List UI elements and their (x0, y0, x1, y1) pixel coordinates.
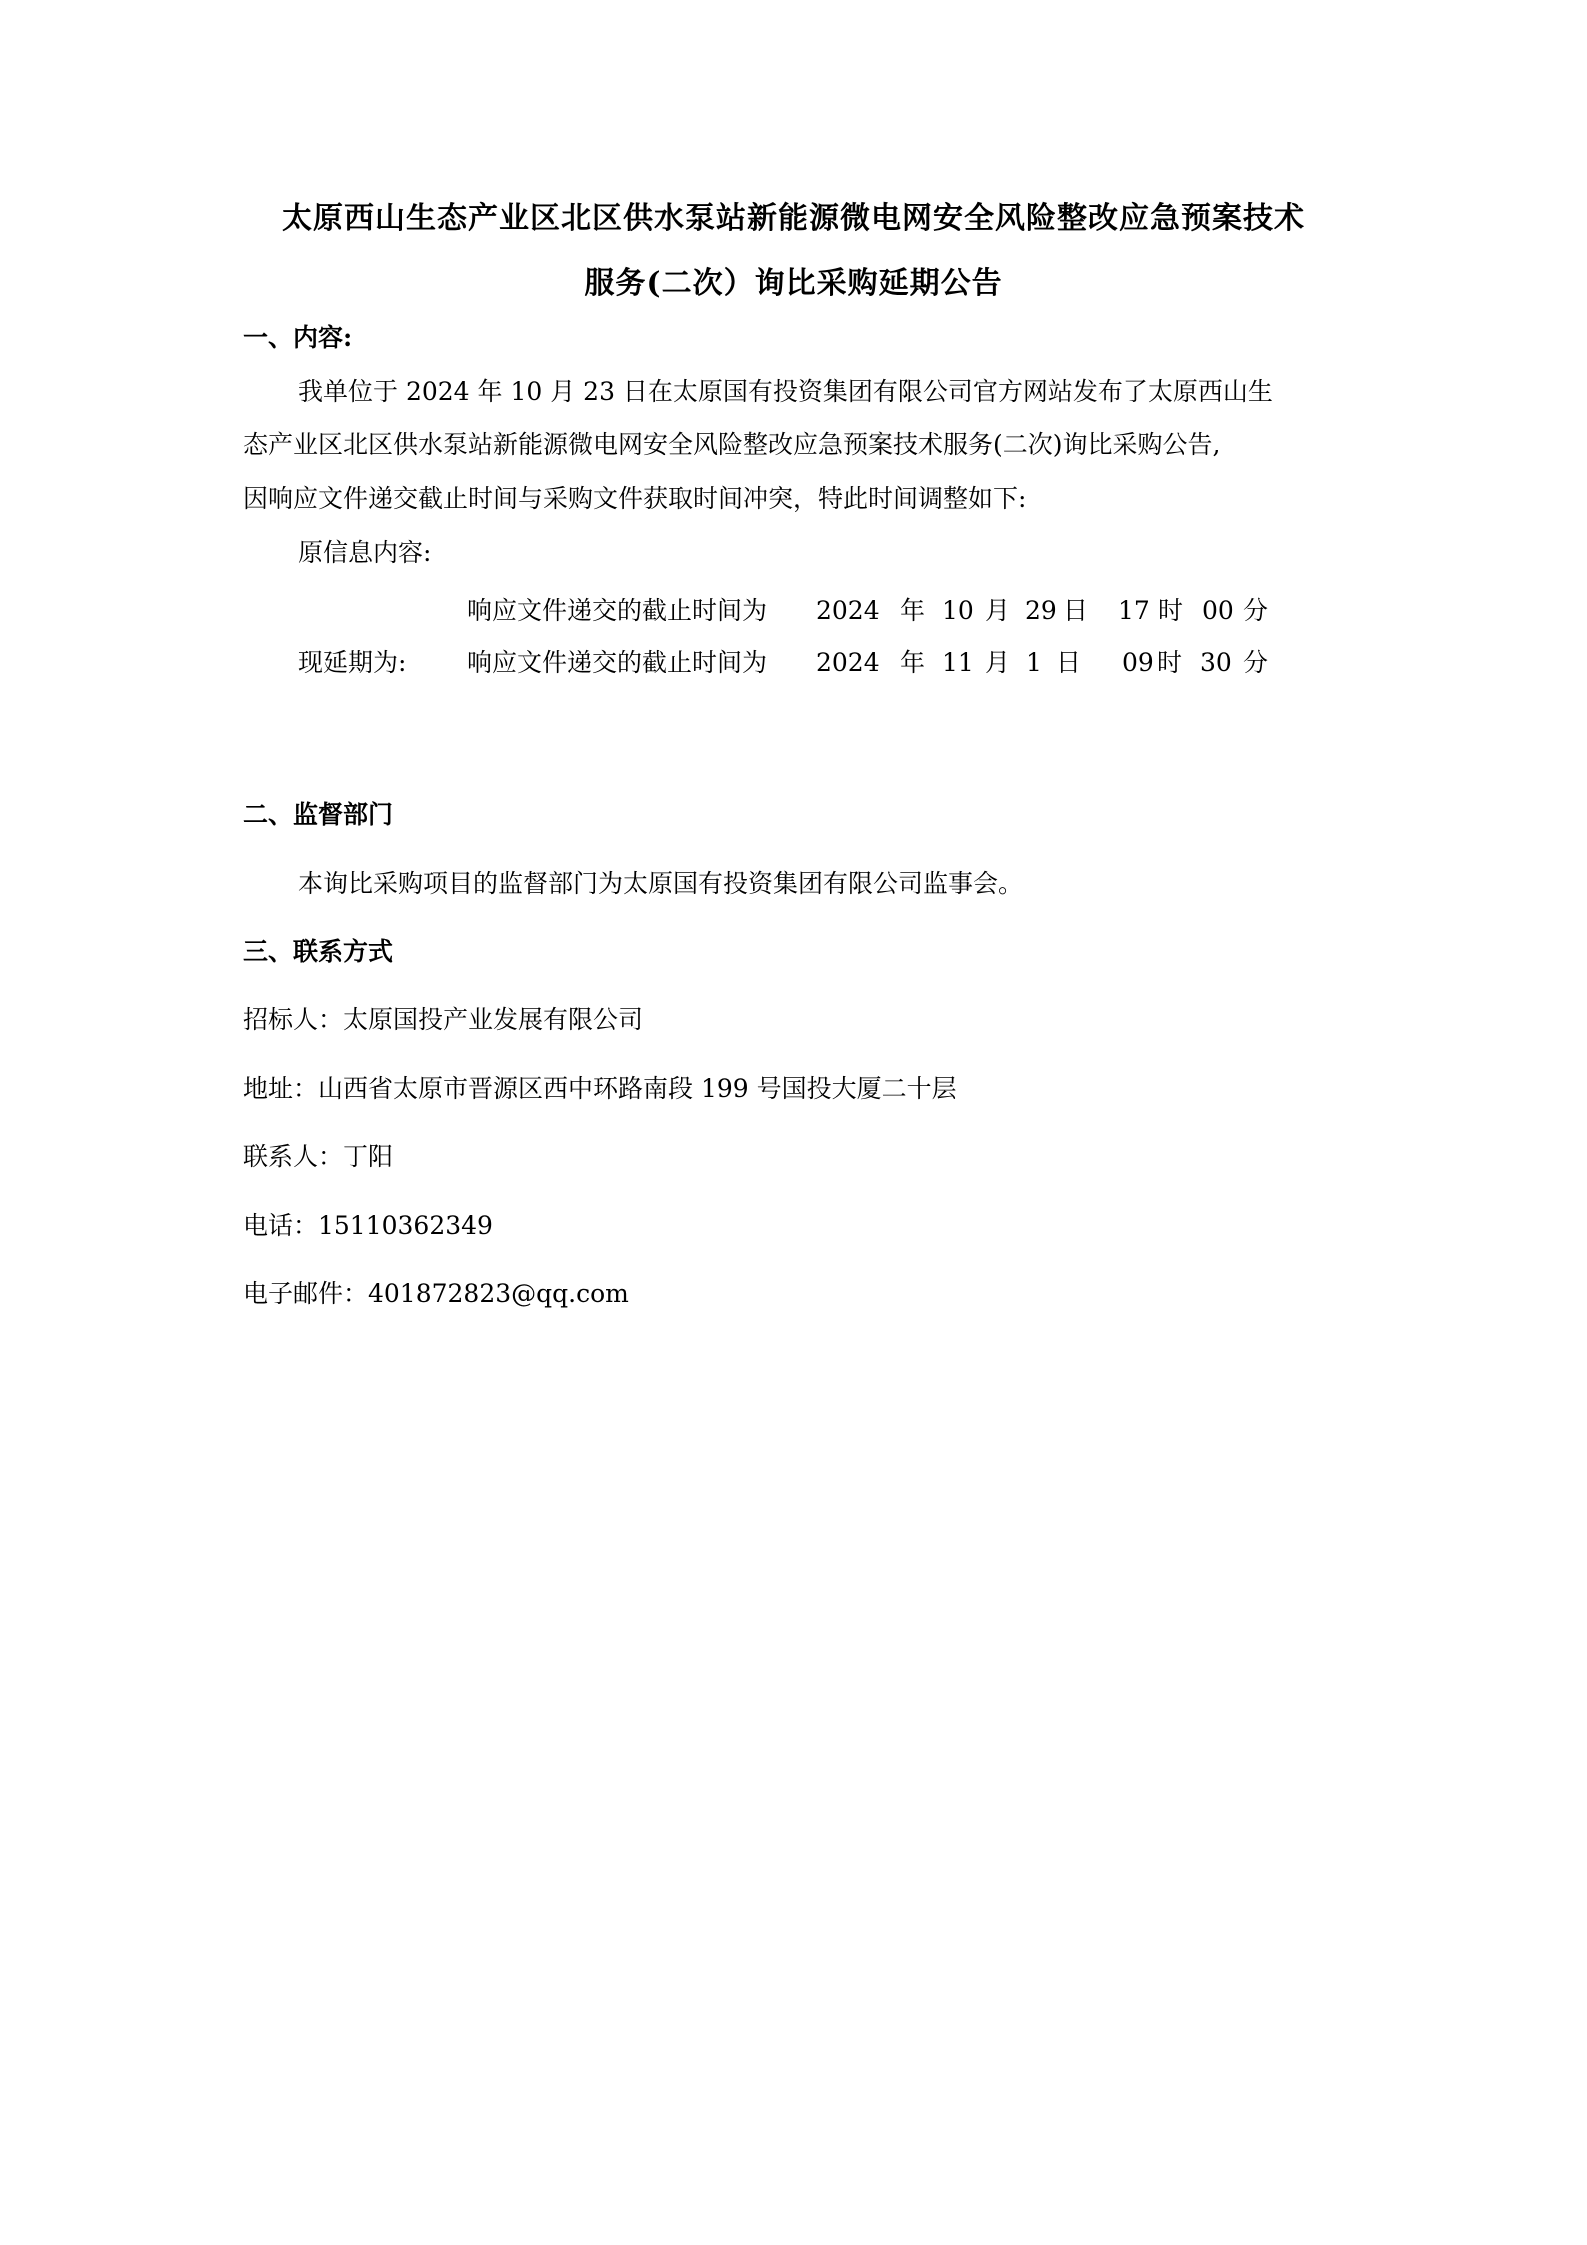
original-info-label: 原信息内容: (298, 538, 431, 568)
original-hour: 17 (1118, 596, 1150, 626)
original-deadline-prefix: 响应文件递交的截止时间为 (467, 596, 767, 626)
section-2-paragraph: 本询比采购项目的监督部门为太原国有投资集团有限公司监事会。 (298, 869, 1023, 899)
section-1-paragraph-line-2: 态产业区北区供水泵站新能源微电网安全风险整改应急预案技术服务(二次)询比采购公告… (243, 430, 1220, 460)
original-day-unit: 日 (1063, 596, 1088, 626)
original-month: 10 (942, 596, 974, 626)
section-1-paragraph-line-3: 因响应文件递交截止时间与采购文件获取时间冲突，特此时间调整如下: (243, 484, 1026, 514)
contact-phone: 电话：15110362349 (243, 1211, 493, 1241)
extended-month-unit: 月 (985, 648, 1010, 678)
original-hour-unit: 时 (1158, 596, 1183, 626)
section-3-heading: 三、联系方式 (243, 937, 393, 967)
original-day: 29 (1025, 596, 1057, 626)
extended-day-unit: 日 (1056, 648, 1081, 678)
original-deadline-row: 响应文件递交的截止时间为 2024 年 10 月 29 日 17 时 00 分 (0, 596, 1587, 628)
contact-address: 地址：山西省太原市晋源区西中环路南段 199 号国投大厦二十层 (243, 1074, 957, 1104)
document-title-line-1: 太原西山生态产业区北区供水泵站新能源微电网安全风险整改应急预案技术 (0, 193, 1587, 237)
extended-day: 1 (1026, 648, 1042, 678)
extended-deadline-row: 现延期为: 响应文件递交的截止时间为 2024 年 11 月 1 日 09 时 … (0, 648, 1587, 680)
original-minute-unit: 分 (1243, 596, 1268, 626)
section-1-heading: 一、内容: (243, 323, 352, 353)
original-year-unit: 年 (900, 596, 925, 626)
extended-minute: 30 (1200, 648, 1232, 678)
extended-year: 2024 (816, 648, 880, 678)
contact-tenderer: 招标人：太原国投产业发展有限公司 (243, 1005, 643, 1035)
document-title-line-2: 服务(二次）询比采购延期公告 (0, 258, 1587, 302)
original-minute: 00 (1202, 596, 1234, 626)
extended-minute-unit: 分 (1243, 648, 1268, 678)
extended-label: 现延期为: (298, 648, 406, 678)
extended-hour-unit: 时 (1157, 648, 1182, 678)
extended-deadline-prefix: 响应文件递交的截止时间为 (467, 648, 767, 678)
extended-year-unit: 年 (900, 648, 925, 678)
contact-person: 联系人：丁阳 (243, 1142, 393, 1172)
original-year: 2024 (816, 596, 880, 626)
contact-email: 电子邮件：401872823@qq.com (243, 1279, 629, 1309)
document-page: 太原西山生态产业区北区供水泵站新能源微电网安全风险整改应急预案技术 服务(二次）… (0, 0, 1587, 2245)
extended-hour: 09 (1122, 648, 1154, 678)
section-1-paragraph-line-1: 我单位于 2024 年 10 月 23 日在太原国有投资集团有限公司官方网站发布… (298, 377, 1273, 407)
original-month-unit: 月 (985, 596, 1010, 626)
extended-month: 11 (942, 648, 974, 678)
section-2-heading: 二、监督部门 (243, 800, 393, 830)
